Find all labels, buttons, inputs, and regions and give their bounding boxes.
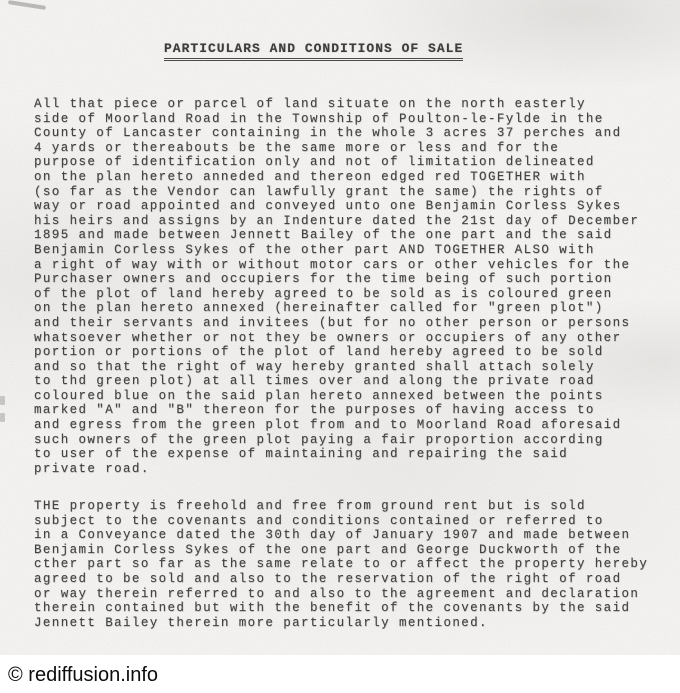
credit-text: © rediffusion.info bbox=[0, 664, 158, 687]
paragraph-freehold-covenants: THE property is freehold and free from g… bbox=[34, 499, 648, 630]
scan-artifact-corner-mark bbox=[8, 0, 46, 10]
scanned-document-page: PARTICULARS AND CONDITIONS OF SALE All t… bbox=[0, 0, 680, 693]
document-title-text: PARTICULARS AND CONDITIONS OF SALE bbox=[164, 41, 463, 61]
scan-paper-area: PARTICULARS AND CONDITIONS OF SALE All t… bbox=[0, 0, 680, 655]
scan-artifact-edge-mark bbox=[0, 413, 5, 422]
scan-artifact-edge-mark bbox=[0, 396, 5, 405]
credit-bar: © rediffusion.info bbox=[0, 655, 680, 693]
document-title: PARTICULARS AND CONDITIONS OF SALE bbox=[164, 41, 463, 56]
paragraph-land-description: All that piece or parcel of land situate… bbox=[34, 97, 639, 476]
